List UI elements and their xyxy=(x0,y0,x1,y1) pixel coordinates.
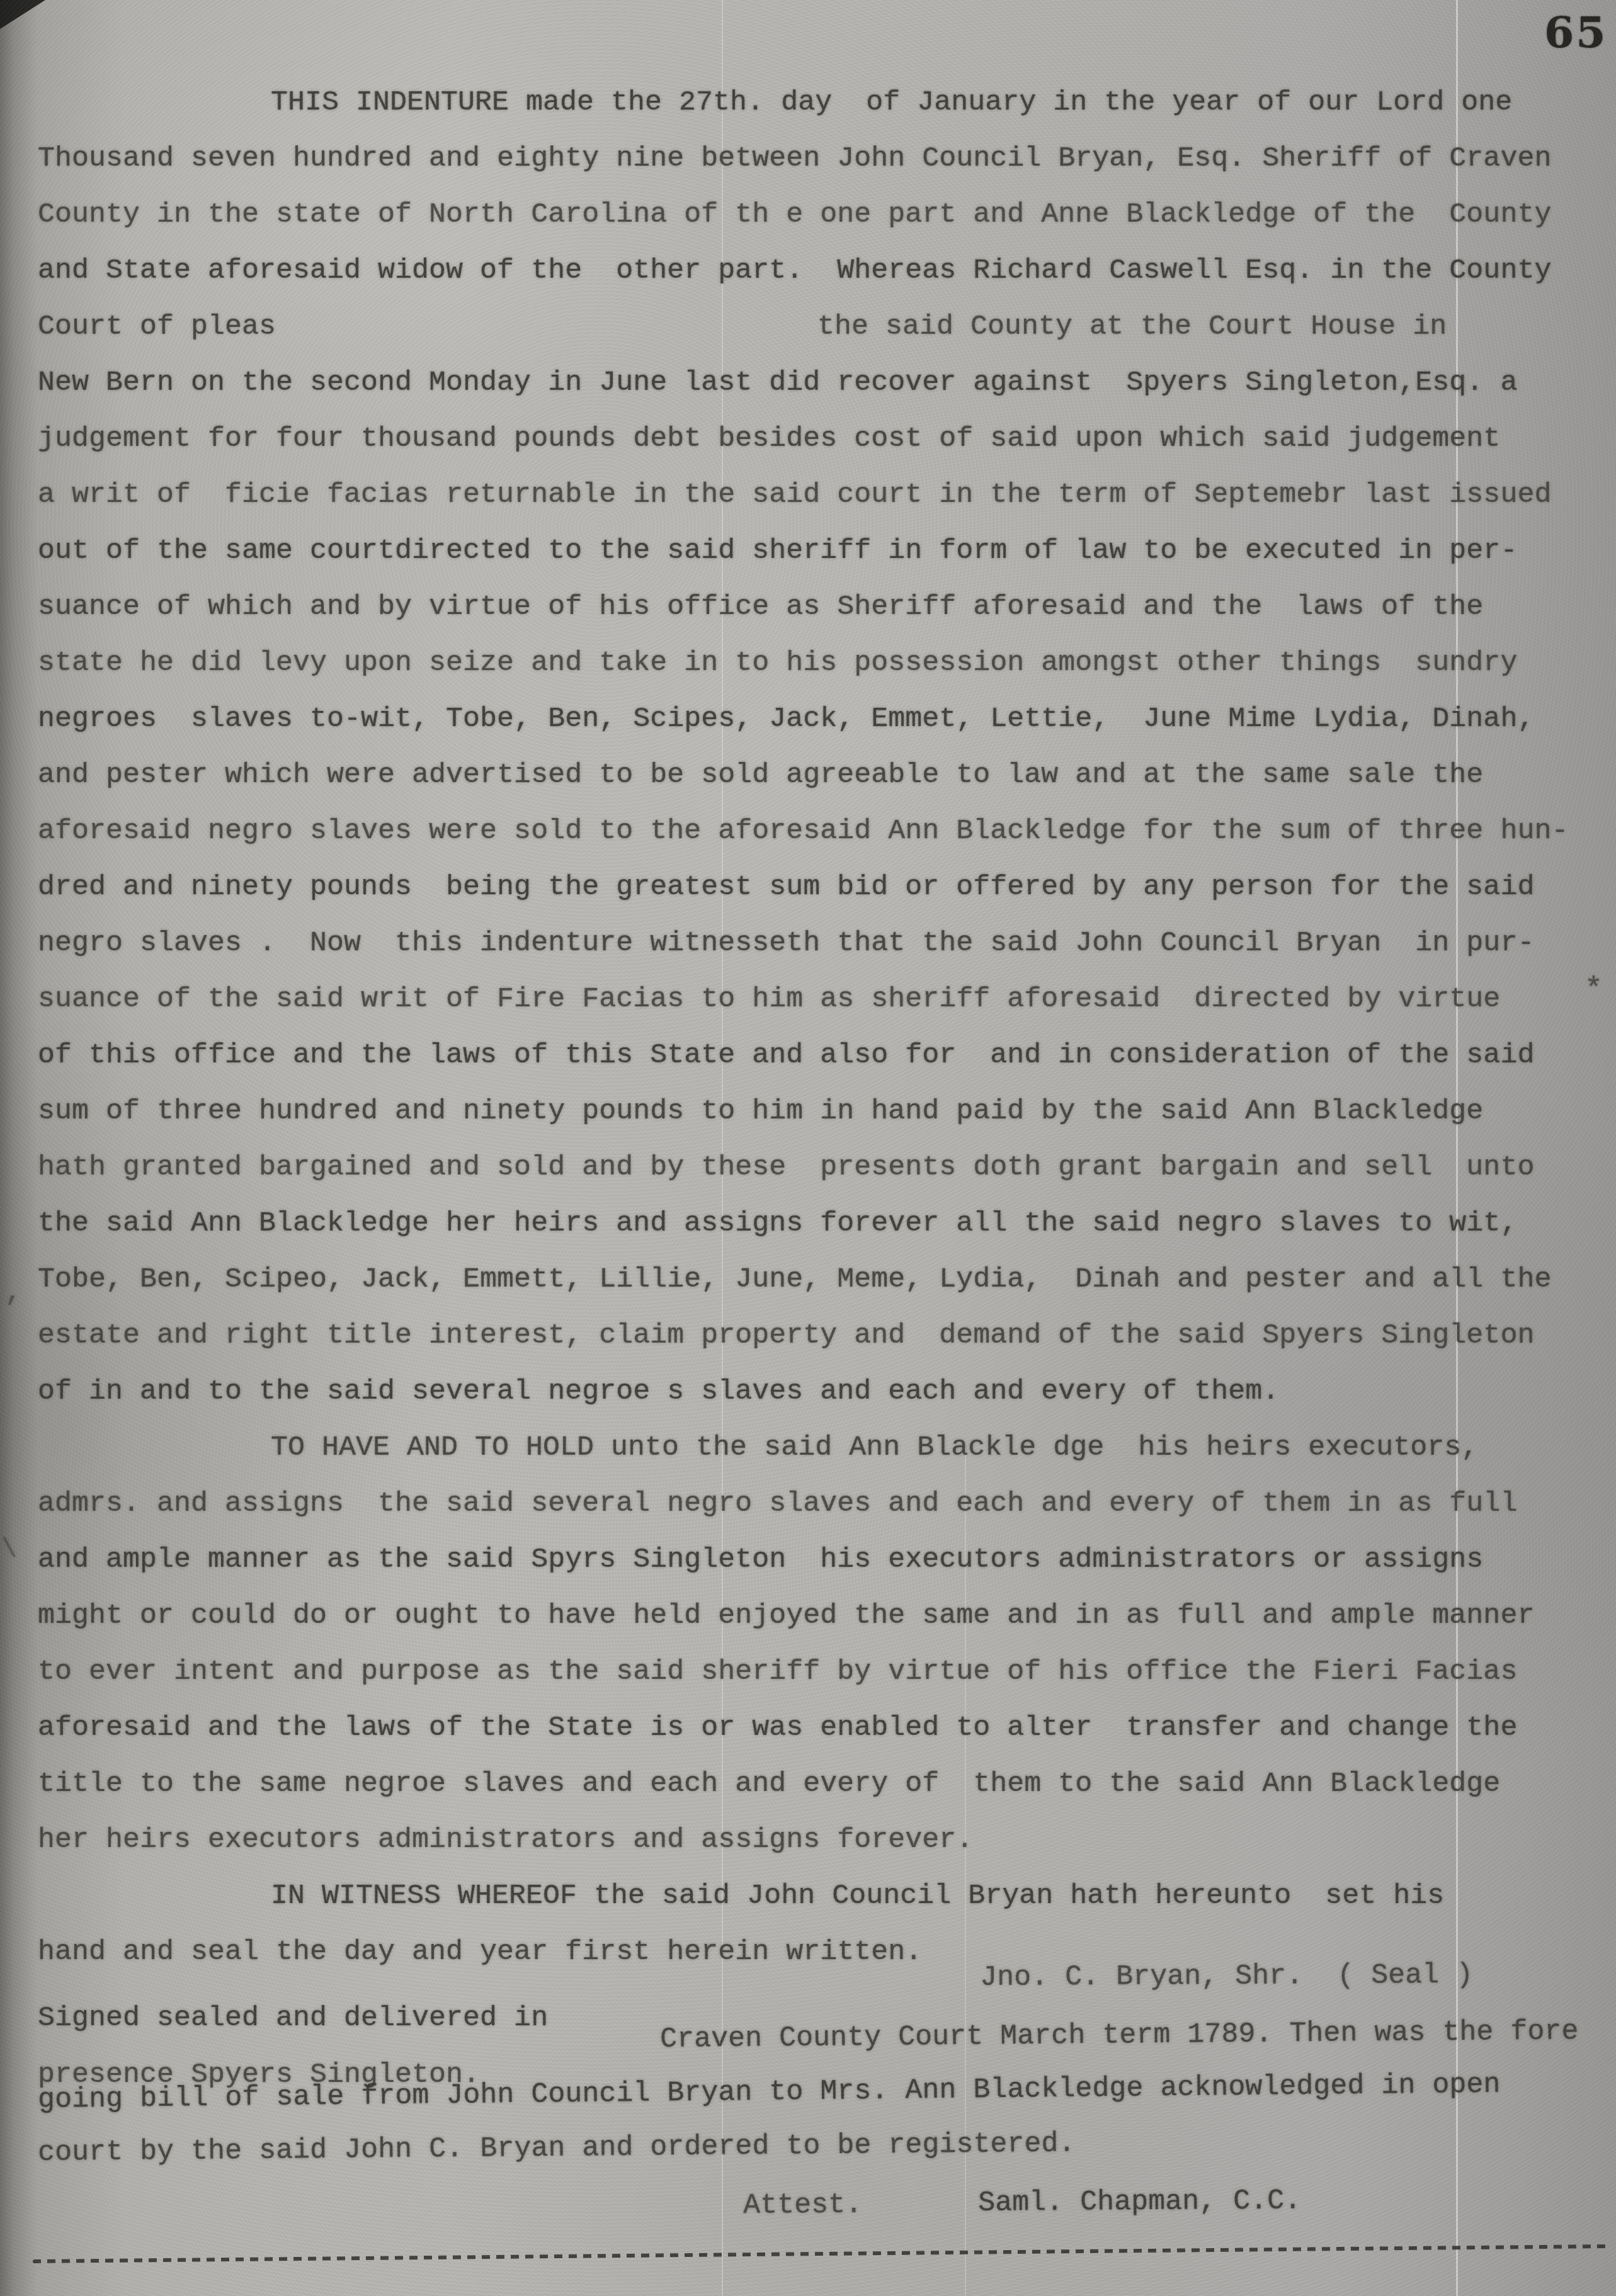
document-line: hand and seal the day and year first her… xyxy=(38,1938,922,1966)
ink-mark: \ xyxy=(1,1537,17,1563)
document-line: estate and right title interest, claim p… xyxy=(38,1321,1534,1350)
document-line: and ample manner as the said Spyrs Singl… xyxy=(38,1545,1483,1574)
scanned-document-page: 65 THIS INDENTURE made the 27th. day of … xyxy=(0,0,1616,2296)
document-line: sum of three hundred and ninety pounds t… xyxy=(38,1097,1483,1125)
document-line: suance of which and by virtue of his off… xyxy=(38,593,1483,621)
ink-mark: * xyxy=(1585,975,1603,1005)
document-line: of in and to the said several negroe s s… xyxy=(38,1377,1279,1406)
document-line: of this office and the laws of this Stat… xyxy=(38,1041,1534,1069)
document-line: negroes slaves to-wit, Tobe, Ben, Scipes… xyxy=(38,705,1534,733)
document-line: a writ of ficie facias returnable in the… xyxy=(38,480,1551,509)
document-line: court by the said John C. Bryan and orde… xyxy=(38,2130,1076,2167)
ink-mark: , xyxy=(5,1278,22,1307)
document-line: admrs. and assigns the said several negr… xyxy=(38,1489,1517,1518)
document-line: THIS INDENTURE made the 27th. day of Jan… xyxy=(271,88,1512,117)
document-line: Saml. Chapman, C.C. xyxy=(978,2186,1301,2217)
document-line: judgement for four thousand pounds debt … xyxy=(38,424,1500,453)
document-line: hath granted bargained and sold and by t… xyxy=(38,1153,1534,1181)
document-line: negro slaves . Now this indenture witnes… xyxy=(38,929,1534,957)
document-line: New Bern on the second Monday in June la… xyxy=(38,368,1517,397)
document-line: IN WITNESS WHEREOF the said John Council… xyxy=(271,1882,1444,1910)
document-line: Thousand seven hundred and eighty nine b… xyxy=(38,144,1551,173)
document-line: and State aforesaid widow of the other p… xyxy=(38,256,1551,285)
document-line: out of the same courtdirected to the sai… xyxy=(38,537,1517,565)
document-line: dred and ninety pounds being the greates… xyxy=(38,873,1534,901)
document-line: to ever intent and purpose as the said s… xyxy=(38,1657,1517,1686)
document-line: her heirs executors administrators and a… xyxy=(38,1826,973,1854)
document-line: and pester which were advertised to be s… xyxy=(38,761,1483,789)
document-line: Tobe, Ben, Scipeo, Jack, Emmett, Lillie,… xyxy=(38,1265,1551,1293)
document-line: Craven County Court March term 1789. The… xyxy=(660,2017,1579,2054)
document-line: might or could do or ought to have held … xyxy=(38,1601,1534,1630)
document-line: aforesaid negro slaves were sold to the … xyxy=(38,817,1568,845)
document-line: title to the same negroe slaves and each… xyxy=(38,1770,1500,1798)
text-layer: THIS INDENTURE made the 27th. day of Jan… xyxy=(0,0,1616,2296)
document-line: Signed sealed and delivered in xyxy=(38,2004,548,2032)
document-line: suance of the said writ of Fire Facias t… xyxy=(38,985,1500,1013)
document-line: TO HAVE AND TO HOLD unto the said Ann Bl… xyxy=(271,1433,1478,1462)
document-line: state he did levy upon seize and take in… xyxy=(38,649,1517,677)
document-line: aforesaid and the laws of the State is o… xyxy=(38,1713,1517,1742)
document-line: Attest. xyxy=(743,2191,862,2220)
document-line: County in the state of North Carolina of… xyxy=(38,200,1551,229)
document-line: Jno. C. Bryan, Shr. ( Seal ) xyxy=(980,1961,1473,1992)
document-line: the said Ann Blackledge her heirs and as… xyxy=(38,1209,1517,1237)
document-line: the said County at the Court House in xyxy=(817,312,1447,341)
document-line: Court of pleas xyxy=(38,312,276,341)
